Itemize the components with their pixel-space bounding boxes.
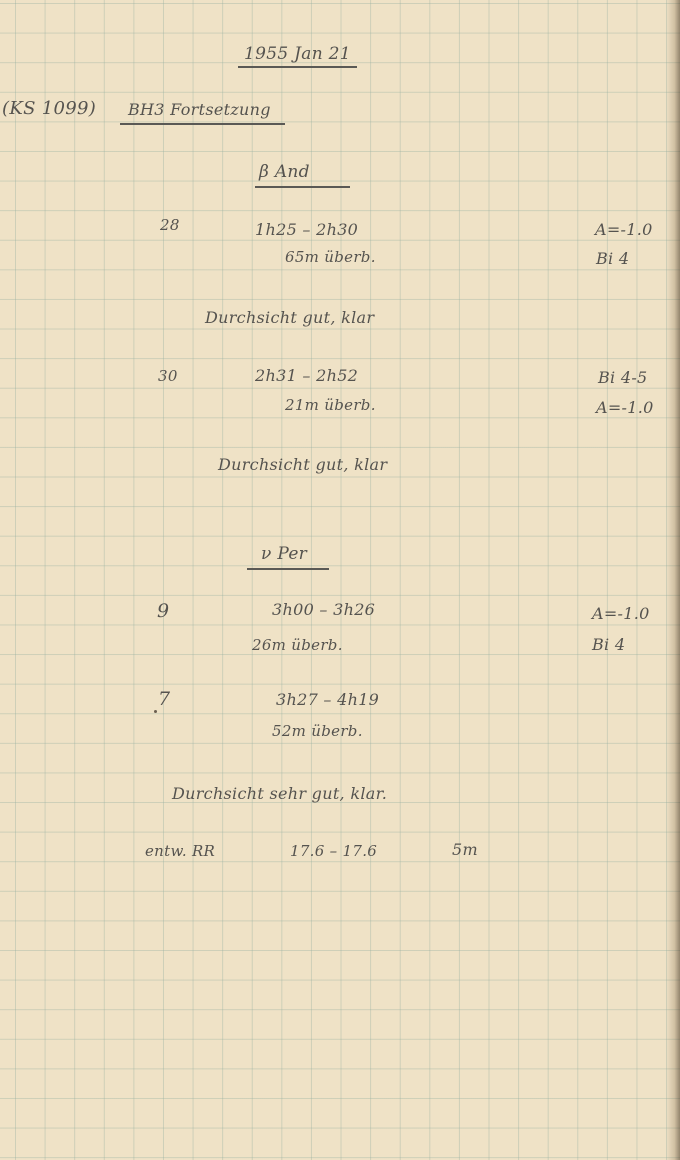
observation-time-range: 3h00 – 3h26 — [272, 600, 375, 619]
observation-exposure: 26m überb. — [252, 636, 343, 654]
page-date: 1955 Jan 21 — [238, 44, 357, 68]
observation-exposure: 65m überb. — [285, 248, 376, 266]
observation-time-range: 3h27 – 4h19 — [276, 690, 379, 709]
observation-time-range: 2h31 – 2h52 — [255, 366, 358, 385]
observation-number: 7 — [158, 688, 170, 710]
development-label: entw. RR — [145, 842, 215, 860]
observation-number: 30 — [158, 367, 178, 385]
observation-note: Durchsicht gut, klar — [218, 455, 387, 474]
observation-param: A=-1.0 — [595, 220, 653, 239]
catalog-ref: (KS 1099) — [2, 98, 96, 119]
observation-param: Bi 4-5 — [598, 368, 648, 387]
section-heading-nu-per: ν Per — [247, 544, 329, 570]
observation-number: 28 — [160, 216, 180, 234]
observation-exposure: 52m überb. — [272, 722, 363, 740]
development-duration: 5m — [452, 840, 478, 859]
observation-exposure: 21m überb. — [285, 396, 376, 414]
observation-time-range: 1h25 – 2h30 — [255, 220, 358, 239]
observation-param: A=-1.0 — [592, 604, 650, 623]
observation-param: Bi 4 — [592, 635, 625, 654]
observation-note: Durchsicht gut, klar — [205, 308, 374, 327]
page-binding-edge — [666, 0, 680, 1160]
page-title: BH3 Fortsetzung — [120, 100, 285, 125]
section-heading-beta-and: β And — [255, 162, 350, 188]
observation-param: Bi 4 — [596, 249, 629, 268]
observation-param: A=-1.0 — [596, 398, 654, 417]
development-range: 17.6 – 17.6 — [290, 842, 377, 860]
observation-number: 9 — [157, 600, 169, 622]
page-title-text: BH3 Fortsetzung — [128, 100, 271, 119]
ink-dot — [154, 710, 157, 713]
section-note: Durchsicht sehr gut, klar. — [172, 784, 387, 803]
